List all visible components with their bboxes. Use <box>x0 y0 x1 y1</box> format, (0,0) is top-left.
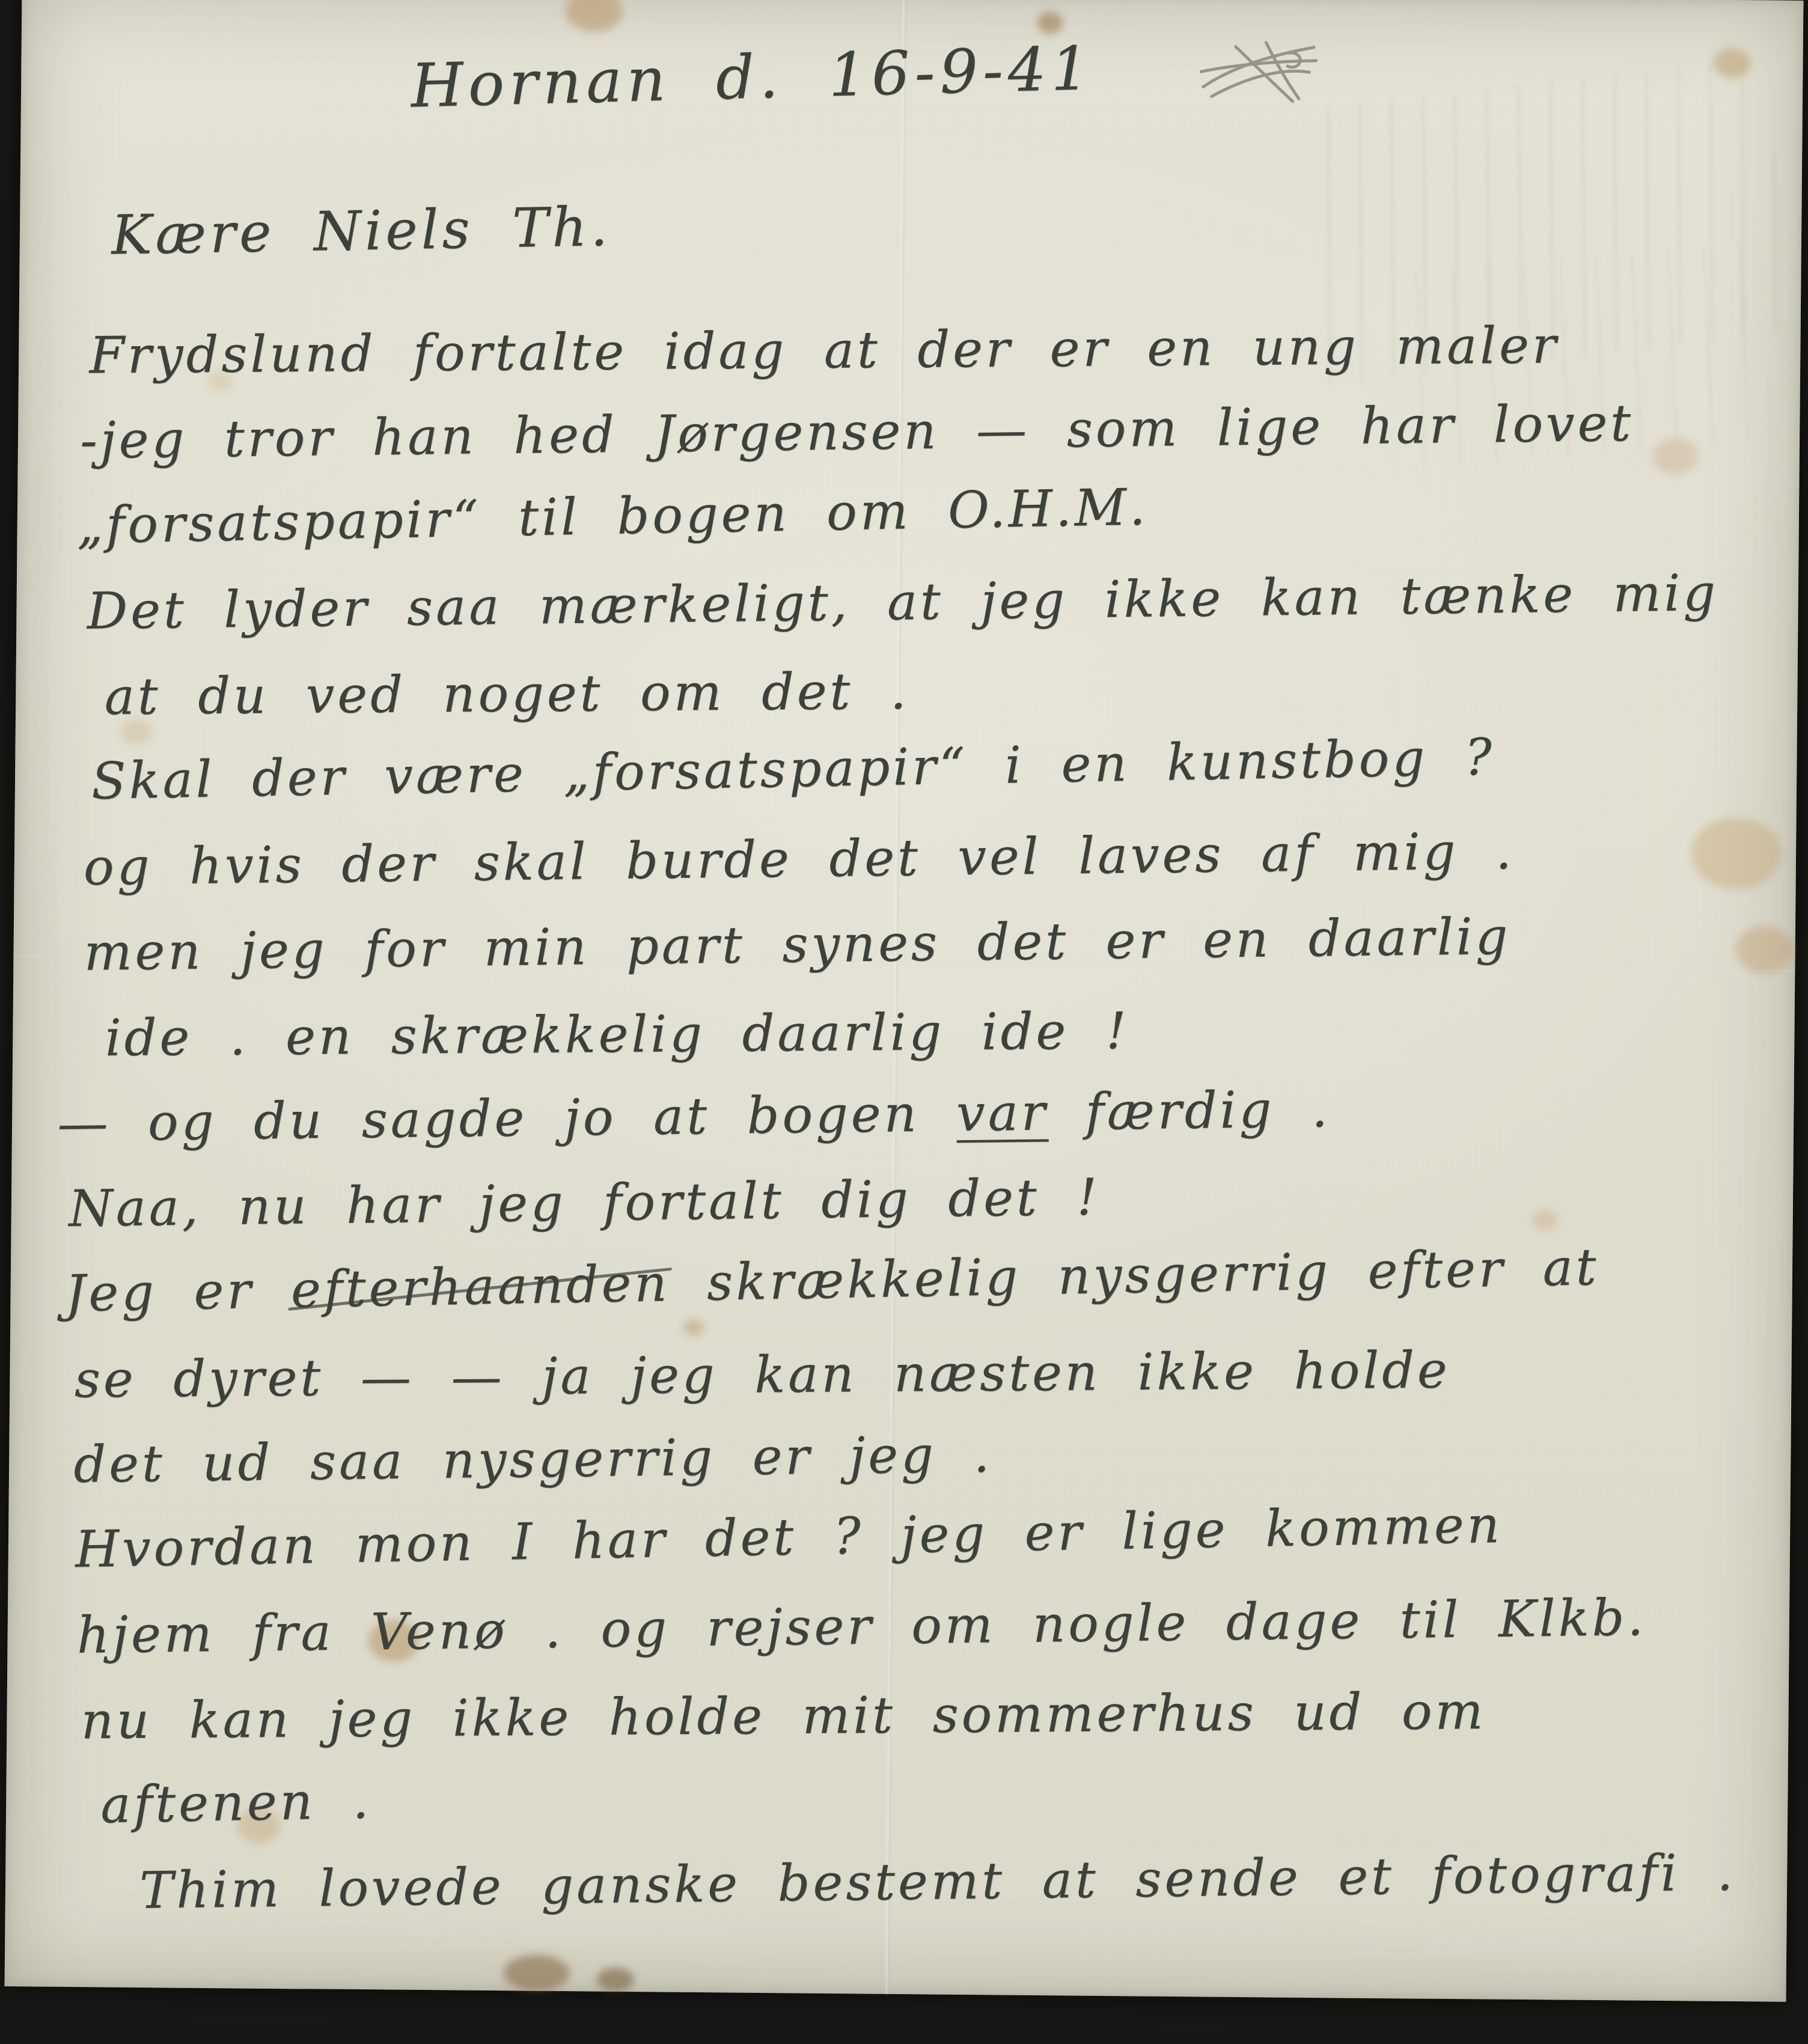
salutation: Kære Niels Th. <box>111 195 611 267</box>
stain <box>1713 48 1750 79</box>
scan-background: Hornan d. 16-9-41 Kære Niels Th. Frydslu… <box>0 0 1808 2044</box>
letter-line: hjem fra Venø . og rejser om nogle dage … <box>7 1586 1789 1692</box>
date-scribble-icon <box>1196 29 1321 115</box>
letter-paper: Hornan d. 16-9-41 Kære Niels Th. Frydslu… <box>5 0 1804 2002</box>
stain <box>596 1968 634 1992</box>
stain <box>566 0 623 32</box>
letter-line: Thim lovede ganske bestemt at sende et f… <box>5 1842 1787 1948</box>
dateline: Hornan d. 16-9-41 <box>410 33 1095 121</box>
letter-body: Frydslund fortalte idag at der er en ung… <box>5 326 1800 1963</box>
stain <box>503 1954 570 1991</box>
stain <box>1037 12 1063 34</box>
letter-line: Det lyder saa mærkeligt, at jeg ikke kan… <box>16 562 1798 668</box>
